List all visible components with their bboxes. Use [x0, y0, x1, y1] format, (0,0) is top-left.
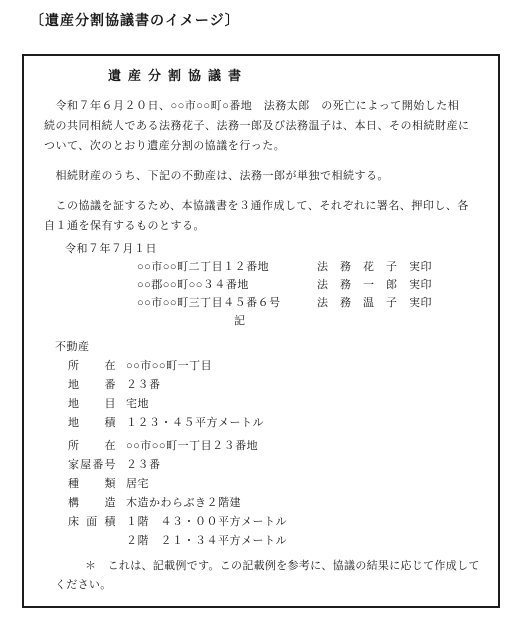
- document-box: 遺産分割協議書 令和７年６月２０日、○○市○○町○番地 法務太郎 の死亡によって…: [22, 54, 500, 608]
- property-label: 地積: [68, 414, 116, 433]
- property-value: ○○市○○町一丁目２３番地: [126, 437, 258, 456]
- property-value: １階 ４３・００平方メートル: [126, 513, 287, 532]
- land-table: 所在 ○○市○○町一丁目 地番 ２３番 地目 宅地 地積 １２３・４５平方メート…: [44, 357, 484, 433]
- signature-row: ○○郡○○町○○３４番地 法 務 一 郎 実印: [137, 276, 484, 294]
- property-row: 所在 ○○市○○町一丁目: [68, 357, 484, 376]
- property-row: ２階 ２１・３４平方メートル: [68, 532, 484, 551]
- property-value: ○○市○○町一丁目: [126, 357, 212, 376]
- signature-row: ○○市○○町二丁目１２番地 法 務 花 子 実印: [137, 258, 484, 276]
- signature-block: ○○市○○町二丁目１２番地 法 務 花 子 実印 ○○郡○○町○○３４番地 法 …: [44, 258, 484, 312]
- property-label: 地目: [68, 395, 116, 414]
- signature-address: ○○市○○町三丁目４５番６号: [137, 294, 317, 312]
- property-label: 種類: [68, 475, 116, 494]
- property-value: 居宅: [126, 475, 149, 494]
- property-value: ２３番: [126, 456, 161, 475]
- signature-name: 法 務 温 子 実印: [317, 294, 432, 312]
- property-label: [68, 532, 116, 551]
- property-value: 木造かわらぶき２階建: [126, 494, 241, 513]
- agreement-date: 令和７年７月１日: [65, 240, 484, 258]
- property-label: 所在: [68, 357, 116, 376]
- property-row: 種類 居宅: [68, 475, 484, 494]
- signature-name: 法 務 花 子 実印: [317, 258, 432, 276]
- sample-note: ＊ これは、記載例です。この記載例を参考に、協議の結果に応じて作成して ください…: [55, 557, 484, 595]
- signature-address: ○○市○○町二丁目１２番地: [137, 258, 317, 276]
- property-label: 床面積: [68, 513, 116, 532]
- property-row: 構造 木造かわらぶき２階建: [68, 494, 484, 513]
- property-label: 地番: [68, 376, 116, 395]
- property-value: ２３番: [126, 376, 161, 395]
- property-row: 地目 宅地: [68, 395, 484, 414]
- page-title: 〔遺産分割協議書のイメージ〕: [30, 10, 530, 30]
- opening-paragraph: 令和７年６月２０日、○○市○○町○番地 法務太郎 の死亡によって開始した相 続の…: [44, 96, 484, 156]
- signature-address: ○○郡○○町○○３４番地: [137, 276, 317, 294]
- signature-row: ○○市○○町三丁目４５番６号 法 務 温 子 実印: [137, 294, 484, 312]
- allocation-paragraph: 相続財産のうち、下記の不動産は、法務一郎が単独で相続する。: [44, 166, 484, 186]
- property-value: ２階 ２１・３４平方メートル: [126, 532, 287, 551]
- property-row: 地番 ２３番: [68, 376, 484, 395]
- property-value: １２３・４５平方メートル: [126, 414, 264, 433]
- closing-paragraph: この協議を証するため、本協議書を３通作成して、それぞれに署名、押印し、各 自１通…: [44, 196, 484, 236]
- signature-name: 法 務 一 郎 実印: [317, 276, 432, 294]
- property-row: 地積 １２３・４５平方メートル: [68, 414, 484, 433]
- property-row: 家屋番号 ２３番: [68, 456, 484, 475]
- assets-heading: 不動産: [55, 338, 484, 357]
- property-label: 家屋番号: [68, 456, 116, 475]
- property-label: 構造: [68, 494, 116, 513]
- building-table: 所在 ○○市○○町一丁目２３番地 家屋番号 ２３番 種類 居宅 構造 木造かわら…: [44, 437, 484, 551]
- property-label: 所在: [68, 437, 116, 456]
- record-marker: 記: [234, 312, 484, 330]
- property-row: 所在 ○○市○○町一丁目２３番地: [68, 437, 484, 456]
- property-row: 床面積 １階 ４３・００平方メートル: [68, 513, 484, 532]
- document-title: 遺産分割協議書: [108, 66, 484, 86]
- property-value: 宅地: [126, 395, 149, 414]
